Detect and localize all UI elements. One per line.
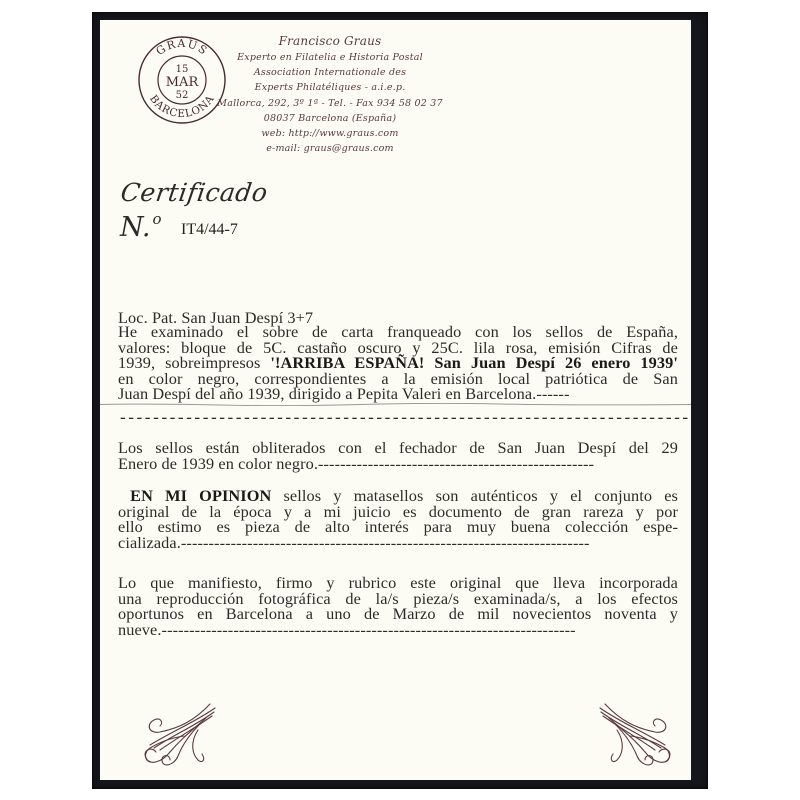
paragraph-line: nueve.----------------------------------… bbox=[118, 622, 678, 638]
certificate-number: IT4/44-7 bbox=[181, 221, 238, 239]
paragraph-opinion: EN MI OPINION sellos y matasellos son au… bbox=[118, 488, 678, 550]
letterhead: Francisco Graus Experto en Filatelia e H… bbox=[205, 32, 455, 156]
paragraph-cancellation: Los sellos están obliterados con el fech… bbox=[118, 440, 678, 471]
paragraph-declaration: Lo que manifiesto, firmo y rubrico este … bbox=[118, 575, 678, 637]
letterhead-email: e-mail: graus@graus.com bbox=[205, 141, 455, 156]
number-label-text: N. bbox=[120, 212, 150, 243]
stamp-year: 52 bbox=[176, 90, 189, 101]
letterhead-line: Experts Philatéliques - a.i.e.p. bbox=[205, 80, 455, 95]
number-label-sup: o bbox=[152, 210, 161, 228]
svg-text:GRAUS: GRAUS bbox=[154, 37, 211, 58]
flourish-ornament-right-icon bbox=[595, 690, 675, 770]
flourish-ornament-left-icon bbox=[140, 690, 220, 770]
letterhead-name: Francisco Graus bbox=[205, 32, 455, 50]
letterhead-web: web: http://www.graus.com bbox=[205, 126, 455, 141]
letterhead-line: Experto en Filatelia e Historia Postal bbox=[205, 50, 455, 65]
certificate-number-label: N.o bbox=[120, 210, 162, 243]
dash-line: ----------------------------------------… bbox=[118, 411, 678, 427]
stamp-top-text: GRAUS bbox=[154, 37, 211, 58]
letterhead-line: Association Internationale des bbox=[205, 65, 455, 80]
letterhead-city: 08037 Barcelona (España) bbox=[205, 111, 455, 126]
paragraph-line: Juan Despí del año 1939, dirigido a Pepi… bbox=[118, 386, 678, 402]
stamp-month: MAR bbox=[166, 75, 200, 90]
dash-filler: ----------------------------------------… bbox=[118, 411, 678, 427]
certificate-paper: GRAUS BARCELONA 15 MAR 52 Francisco Grau… bbox=[100, 20, 691, 780]
letterhead-address: Mallorca, 292, 3º 1ª - Tel. - Fax 934 58… bbox=[205, 96, 455, 111]
paragraph-examination: He examinado el sobre de carta franquead… bbox=[118, 324, 678, 402]
stamp-day: 15 bbox=[176, 64, 189, 75]
paragraph-line: cializada.------------------------------… bbox=[118, 535, 678, 551]
fold-line bbox=[100, 403, 691, 406]
paragraph-line: Enero de 1939 en color negro.-----------… bbox=[118, 456, 678, 472]
certificate-title: Certificado bbox=[119, 178, 270, 207]
